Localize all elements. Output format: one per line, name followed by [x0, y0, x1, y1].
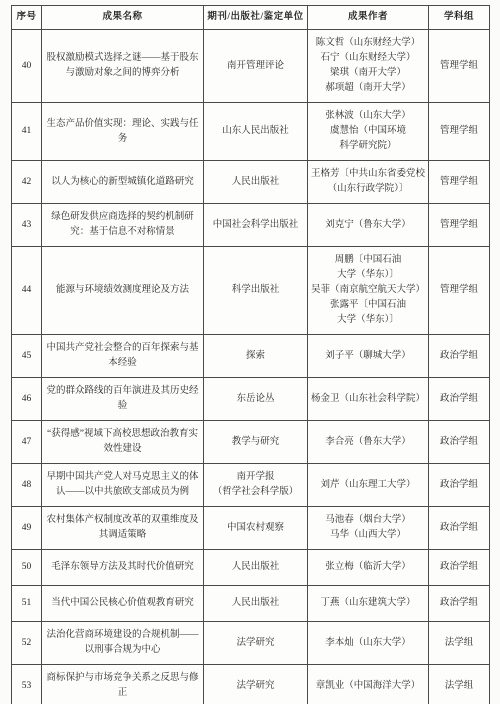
table-row: 42 以人为核心的新型城镇化道路研究 人民出版社 王格芳〔中共山东省委党校 （山…	[12, 161, 490, 204]
title-cell: 绿色研发供应商选择的契约机制研究：基于信息不对称情景	[42, 204, 204, 247]
table-row: 44 能源与环境绩效测度理论及方法 科学出版社 周鹏〔中国石油 大学（华东）〕 …	[12, 247, 490, 335]
serial-cell: 49	[12, 507, 42, 550]
authors-cell: 杨金卫（山东社会科学院）	[308, 378, 429, 421]
venue-cell: 科学出版社	[204, 247, 308, 335]
authors-cell: 马池春（烟台大学） 马华（山西大学）	[308, 507, 429, 550]
serial-cell: 48	[12, 464, 42, 507]
venue-cell: 山东人民出版社	[204, 103, 308, 161]
authors-cell: 刘克宁（鲁东大学）	[308, 204, 429, 247]
serial-cell: 47	[12, 421, 42, 464]
title-cell: 毛泽东领导方法及其时代价值研究	[42, 550, 204, 586]
group-cell: 管理学组	[429, 161, 490, 204]
venue-cell: 探索	[204, 335, 308, 378]
group-cell: 法学组	[429, 622, 490, 665]
group-cell: 政治学组	[429, 586, 490, 622]
column-header-serial: 序号	[12, 6, 42, 30]
authors-cell: 刘子平（聊城大学）	[308, 335, 429, 378]
title-cell: 早期中国共产党人对马克思主义的体认——以中共旅欧支部成员为例	[42, 464, 204, 507]
title-cell: 法治化营商环境建设的合规机制——以刑事合规为中心	[42, 622, 204, 665]
header-row: 序号 成果名称 期刊/出版社/鉴定单位 成果作者 学科组	[12, 6, 490, 30]
group-cell: 管理学组	[429, 247, 490, 335]
authors-cell: 章凯业（中国海洋大学）	[308, 665, 429, 704]
venue-cell: 人民出版社	[204, 550, 308, 586]
group-cell: 管理学组	[429, 30, 490, 103]
venue-cell: 教学与研究	[204, 421, 308, 464]
table-row: 49 农村集体产权制度改革的双重维度及其调适策略 中国农村观察 马池春（烟台大学…	[12, 507, 490, 550]
table-row: 50 毛泽东领导方法及其时代价值研究 人民出版社 张立梅（临沂大学） 政治学组	[12, 550, 490, 586]
serial-cell: 42	[12, 161, 42, 204]
group-cell: 政治学组	[429, 335, 490, 378]
authors-cell: 张林波（山东大学） 虞慧怡（中国环境 科学研究院）	[308, 103, 429, 161]
achievements-table: 序号 成果名称 期刊/出版社/鉴定单位 成果作者 学科组 40 股权激励模式选择…	[11, 5, 490, 704]
group-cell: 政治学组	[429, 464, 490, 507]
venue-cell: 南开学报 （哲学社会科学版）	[204, 464, 308, 507]
authors-cell: 周鹏〔中国石油 大学（华东）〕 吴菲（南京航空航天大学） 张露平〔中国石油 大学…	[308, 247, 429, 335]
title-cell: 股权激励模式选择之谜——基于股东与激励对象之间的博弈分析	[42, 30, 204, 103]
venue-cell: 人民出版社	[204, 161, 308, 204]
authors-cell: 李合亮（鲁东大学）	[308, 421, 429, 464]
group-cell: 政治学组	[429, 421, 490, 464]
serial-cell: 51	[12, 586, 42, 622]
table-row: 40 股权激励模式选择之谜——基于股东与激励对象之间的博弈分析 南开管理评论 陈…	[12, 30, 490, 103]
serial-cell: 52	[12, 622, 42, 665]
group-cell: 管理学组	[429, 103, 490, 161]
title-cell: 中国共产党社会整合的百年探索与基本经验	[42, 335, 204, 378]
table-row: 47 “获得感”视域下高校思想政治教育实效性建设 教学与研究 李合亮（鲁东大学）…	[12, 421, 490, 464]
venue-cell: 中国社会科学出版社	[204, 204, 308, 247]
title-cell: 党的群众路线的百年演进及其历史经验	[42, 378, 204, 421]
title-cell: 农村集体产权制度改革的双重维度及其调适策略	[42, 507, 204, 550]
authors-cell: 丁燕（山东建筑大学）	[308, 586, 429, 622]
authors-cell: 张立梅（临沂大学）	[308, 550, 429, 586]
column-header-authors: 成果作者	[308, 6, 429, 30]
serial-cell: 44	[12, 247, 42, 335]
table-row: 43 绿色研发供应商选择的契约机制研究：基于信息不对称情景 中国社会科学出版社 …	[12, 204, 490, 247]
authors-cell: 李本灿（山东大学）	[308, 622, 429, 665]
authors-cell: 刘芹（山东理工大学）	[308, 464, 429, 507]
table-body: 40 股权激励模式选择之谜——基于股东与激励对象之间的博弈分析 南开管理评论 陈…	[12, 30, 490, 704]
table-header: 序号 成果名称 期刊/出版社/鉴定单位 成果作者 学科组	[12, 6, 490, 30]
title-cell: 能源与环境绩效测度理论及方法	[42, 247, 204, 335]
venue-cell: 法学研究	[204, 665, 308, 704]
venue-cell: 东岳论丛	[204, 378, 308, 421]
title-cell: 当代中国公民核心价值观教育研究	[42, 586, 204, 622]
title-cell: “获得感”视域下高校思想政治教育实效性建设	[42, 421, 204, 464]
table-row: 41 生态产品价值实现：理论、实践与任务 山东人民出版社 张林波（山东大学） 虞…	[12, 103, 490, 161]
authors-cell: 王格芳〔中共山东省委党校 （山东行政学院）〕	[308, 161, 429, 204]
title-cell: 以人为核心的新型城镇化道路研究	[42, 161, 204, 204]
serial-cell: 40	[12, 30, 42, 103]
serial-cell: 53	[12, 665, 42, 704]
group-cell: 政治学组	[429, 378, 490, 421]
serial-cell: 46	[12, 378, 42, 421]
venue-cell: 人民出版社	[204, 586, 308, 622]
group-cell: 政治学组	[429, 507, 490, 550]
column-header-group: 学科组	[429, 6, 490, 30]
title-cell: 商标保护与市场竞争关系之反思与修正	[42, 665, 204, 704]
table-row: 52 法治化营商环境建设的合规机制——以刑事合规为中心 法学研究 李本灿（山东大…	[12, 622, 490, 665]
table-row: 45 中国共产党社会整合的百年探索与基本经验 探索 刘子平（聊城大学） 政治学组	[12, 335, 490, 378]
group-cell: 法学组	[429, 665, 490, 704]
table-row: 53 商标保护与市场竞争关系之反思与修正 法学研究 章凯业（中国海洋大学） 法学…	[12, 665, 490, 704]
serial-cell: 50	[12, 550, 42, 586]
venue-cell: 法学研究	[204, 622, 308, 665]
venue-cell: 中国农村观察	[204, 507, 308, 550]
column-header-venue: 期刊/出版社/鉴定单位	[204, 6, 308, 30]
table-row: 51 当代中国公民核心价值观教育研究 人民出版社 丁燕（山东建筑大学） 政治学组	[12, 586, 490, 622]
venue-cell: 南开管理评论	[204, 30, 308, 103]
column-header-title: 成果名称	[42, 6, 204, 30]
group-cell: 政治学组	[429, 550, 490, 586]
table-row: 48 早期中国共产党人对马克思主义的体认——以中共旅欧支部成员为例 南开学报 （…	[12, 464, 490, 507]
serial-cell: 45	[12, 335, 42, 378]
title-cell: 生态产品价值实现：理论、实践与任务	[42, 103, 204, 161]
serial-cell: 43	[12, 204, 42, 247]
group-cell: 管理学组	[429, 204, 490, 247]
table-row: 46 党的群众路线的百年演进及其历史经验 东岳论丛 杨金卫（山东社会科学院） 政…	[12, 378, 490, 421]
serial-cell: 41	[12, 103, 42, 161]
authors-cell: 陈文哲（山东财经大学） 石宁（山东财经大学） 梁琪（南开大学） 郝项超（南开大学…	[308, 30, 429, 103]
